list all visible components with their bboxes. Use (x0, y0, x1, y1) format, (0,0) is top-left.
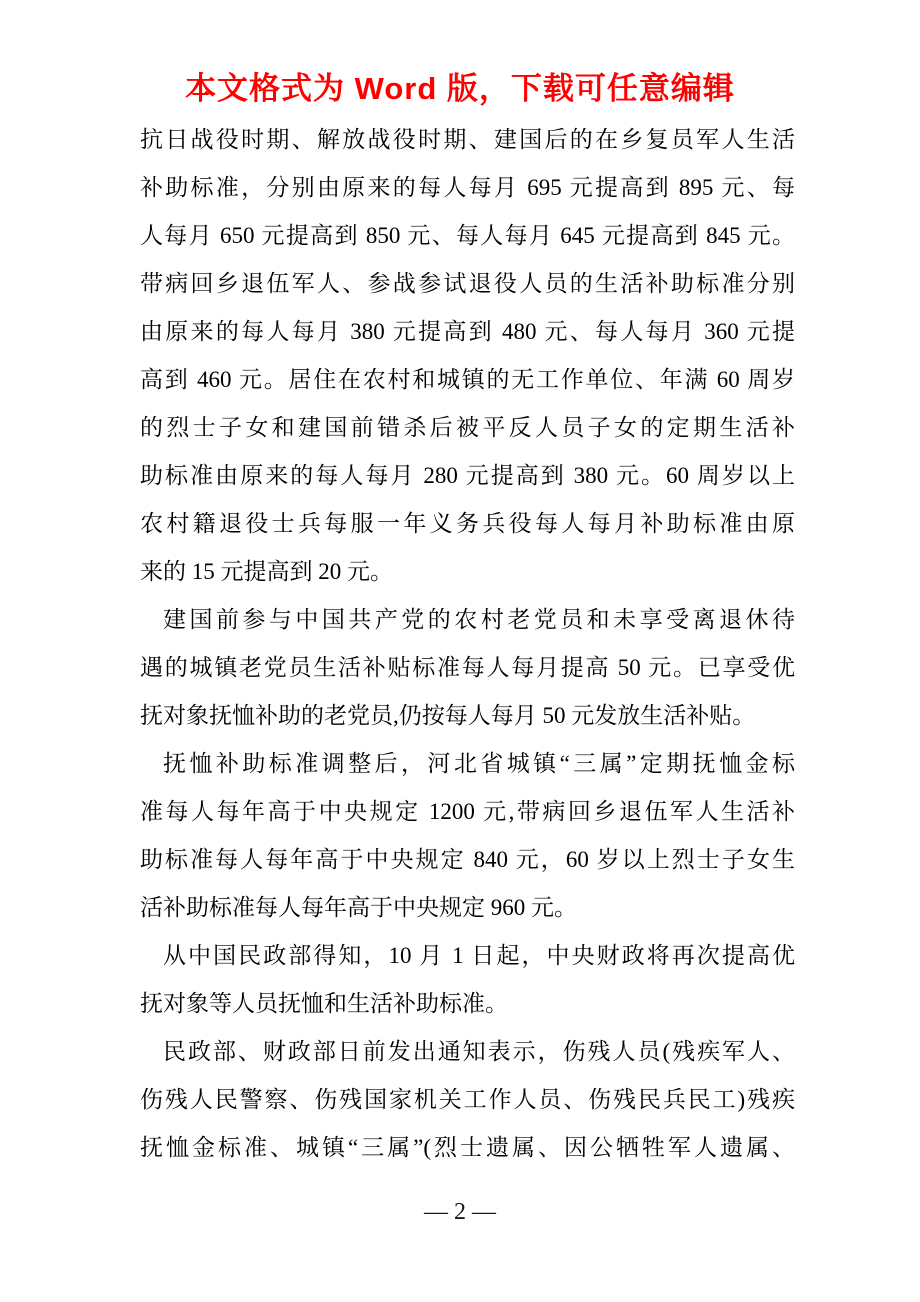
text-line: 准每人每年高于中央规定 1200 元,带病回乡退伍军人生活补 (140, 788, 795, 836)
text-line: 助标准每人每年高于中央规定 840 元，60 岁以上烈士子女生 (140, 836, 795, 884)
document-page: 本文格式为 Word 版，下载可任意编辑 抗日战役时期、解放战役时期、建国后的在… (0, 0, 920, 1302)
document-body: 抗日战役时期、解放战役时期、建国后的在乡复员军人生活补助标准，分别由原来的每人每… (140, 116, 795, 1172)
text-line: 人每月 650 元提高到 850 元、每人每月 645 元提高到 845 元。 (140, 212, 795, 260)
text-line: 抚恤补助标准调整后，河北省城镇“三属”定期抚恤金标 (140, 740, 795, 788)
text-line: 抚对象抚恤补助的老党员,仍按每人每月 50 元发放生活补贴。 (140, 692, 795, 740)
text-line: 带病回乡退伍军人、参战参试退役人员的生活补助标准分别 (140, 260, 795, 308)
text-line: 活补助标准每人每年高于中央规定 960 元。 (140, 884, 795, 932)
text-line: 来的 15 元提高到 20 元。 (140, 548, 795, 596)
text-line: 伤残人民警察、伤残国家机关工作人员、伤残民兵民工)残疾 (140, 1076, 795, 1124)
text-line: 从中国民政部得知，10 月 1 日起，中央财政将再次提高优 (140, 932, 795, 980)
text-line: 抚恤金标准、城镇“三属”(烈士遗属、因公牺牲军人遗属、 (140, 1124, 795, 1172)
text-line: 高到 460 元。居住在农村和城镇的无工作单位、年满 60 周岁 (140, 356, 795, 404)
text-line: 由原来的每人每月 380 元提高到 480 元、每人每月 360 元提 (140, 308, 795, 356)
text-line: 民政部、财政部日前发出通知表示，伤残人员(残疾军人、 (140, 1028, 795, 1076)
text-line: 农村籍退役士兵每服一年义务兵役每人每月补助标准由原 (140, 500, 795, 548)
text-line: 补助标准，分别由原来的每人每月 695 元提高到 895 元、每 (140, 164, 795, 212)
text-line: 的烈士子女和建国前错杀后被平反人员子女的定期生活补 (140, 404, 795, 452)
text-line: 遇的城镇老党员生活补贴标准每人每月提高 50 元。已享受优 (140, 644, 795, 692)
text-line: 抗日战役时期、解放战役时期、建国后的在乡复员军人生活 (140, 116, 795, 164)
document-format-notice: 本文格式为 Word 版，下载可任意编辑 (0, 0, 920, 110)
text-line: 助标准由原来的每人每月 280 元提高到 380 元。60 周岁以上 (140, 452, 795, 500)
page-number: — 2 — (0, 1188, 920, 1236)
text-line: 抚对象等人员抚恤和生活补助标准。 (140, 980, 795, 1028)
text-line: 建国前参与中国共产党的农村老党员和未享受离退休待 (140, 596, 795, 644)
